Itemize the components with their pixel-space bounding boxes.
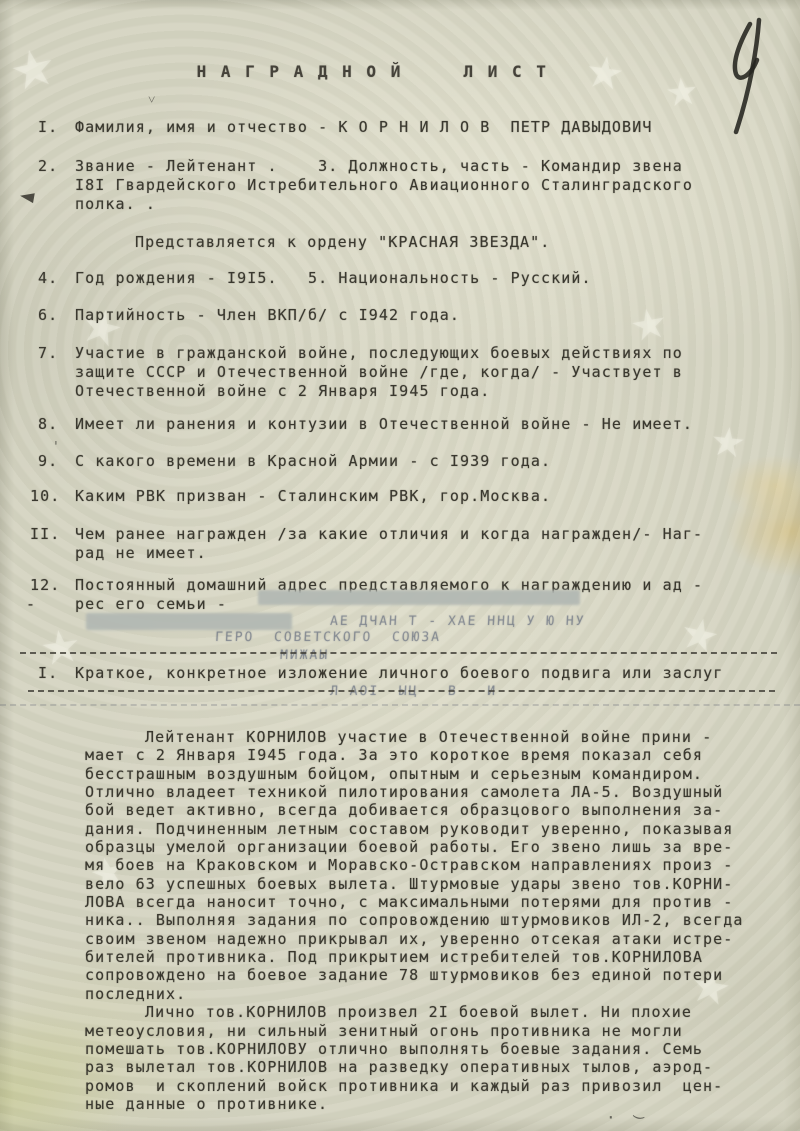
- field-8-line: Имеет ли ранения и контузии в Отечествен…: [75, 415, 693, 434]
- body-line: метеоусловия, ни сильный зенитный огонь …: [85, 1022, 785, 1040]
- field-7-line: Отечественной войне с 2 Января I945 года…: [75, 382, 683, 401]
- redaction-bar: [86, 613, 292, 630]
- body-line: бесстрашным воздушным бойцом, опытным и …: [85, 765, 785, 783]
- field-10-line: Каким РВК призван - Сталинским РВК, гор.…: [75, 487, 551, 506]
- body-line: ника.. Выполняя задания по сопровождению…: [85, 911, 785, 929]
- ink-squiggle-mark: ˅: [148, 92, 155, 108]
- field-2-3-line: Звание - Лейтенант . 3. Должность, часть…: [75, 157, 693, 176]
- document-title: Н А Г Р А Д Н О Й Л И С Т: [0, 62, 745, 81]
- field-8-number: 8.: [38, 415, 58, 434]
- section-1-heading: Краткое, конкретное изложение личного бо…: [75, 664, 723, 683]
- bleedthrough-text: МИЖАЫ: [280, 648, 330, 663]
- ink-dot-mark: ·: [606, 1108, 616, 1127]
- pencil-tick-mark: ': [52, 440, 60, 455]
- body-line: ромов и скоплений войск противника и каж…: [85, 1077, 785, 1095]
- field-12-number: 12.: [30, 576, 60, 595]
- dashed-separator: [20, 652, 777, 654]
- body-line: вело 63 успешных боевых вылета. Штурмовы…: [85, 875, 785, 893]
- field-1-number: I.: [38, 118, 58, 137]
- bleedthrough-text: АЕ ДЧАН Т - ХАЕ ННЦ У Ю НУ: [330, 614, 586, 629]
- award-sheet-scan: ★ ★ ★ ★ ★ ★ ★ ★ ★ ★ Н А Г Р А Д Н О Й Л …: [0, 0, 800, 1131]
- bleedthrough-dashed-line: [0, 704, 800, 706]
- field-4-5-line: Год рождения - I9I5. 5. Национальность -…: [75, 269, 592, 288]
- ink-curve-mark: ): [630, 1112, 646, 1122]
- star-watermark-icon: ★: [675, 606, 724, 664]
- margin-dash-mark: -: [26, 595, 36, 614]
- field-7-line: Участие в гражданской войне, последующих…: [75, 344, 683, 363]
- body-line: Лейтенант КОРНИЛОВ участие в Отечественн…: [85, 728, 785, 746]
- field-2-3-line: полка. .: [75, 195, 693, 214]
- section-1-number: I.: [38, 664, 58, 683]
- body-line: образцы умелой организации боевой работы…: [85, 838, 785, 856]
- body-line: последних.: [85, 985, 785, 1003]
- field-11-number: II.: [30, 525, 60, 544]
- combat-record-text: Лейтенант КОРНИЛОВ участие в Отечественн…: [85, 728, 785, 1113]
- body-line: Лично тов.КОРНИЛОВ произвел 2I боевой вы…: [85, 1003, 785, 1021]
- field-2-3-line: I8I Гвардейского Истребительного Авиацио…: [75, 176, 693, 195]
- field-2-number: 2.: [38, 157, 58, 176]
- field-9-line: С какого времени в Красной Армии - с I93…: [75, 452, 551, 471]
- body-line: помешать тов.КОРНИЛОВУ отлично выполнять…: [85, 1040, 785, 1058]
- field-7-line: защите СССР и Отечественной войне /где, …: [75, 363, 683, 382]
- star-watermark-icon: ★: [708, 418, 748, 467]
- body-line: раз вылетал тов.КОРНИЛОВ на разведку опе…: [85, 1058, 785, 1076]
- margin-arrow-mark: [19, 191, 35, 203]
- body-line: мя боев на Краковском и Моравско-Остравс…: [85, 856, 785, 874]
- body-line: ЛОВА всегда наносит точно, с максимальны…: [85, 893, 785, 911]
- field-4-number: 4.: [38, 269, 58, 288]
- body-line: ные данные о противнике.: [85, 1095, 785, 1113]
- bleedthrough-text: ГЕРО СОВЕТСКОГО СОЮЗА: [215, 630, 442, 645]
- field-11-line: Чем ранее награжден /за какие отличия и …: [75, 525, 703, 544]
- presented-for-order-line: Представляется к ордену "КРАСНАЯ ЗВЕЗДА"…: [135, 233, 550, 252]
- field-1-name-value: Фамилия, имя и отчество - К О Р Н И Л О …: [75, 118, 652, 137]
- body-line: бой ведет активно, всегда добивается обр…: [85, 801, 785, 819]
- body-line: бителей противника. Под прикрытием истре…: [85, 948, 785, 966]
- field-10-number: 10.: [30, 487, 60, 506]
- field-6-line: Партийность - Член ВКП/б/ с I942 года.: [75, 306, 460, 325]
- dashed-separator: [28, 690, 775, 692]
- body-line: дания. Подчиненным летным составом руков…: [85, 820, 785, 838]
- body-line: Отлично владеет техникой пилотирования с…: [85, 783, 785, 801]
- body-line: своим звеном надежно прикрывал их, увере…: [85, 930, 785, 948]
- field-11-line: рад не имеет.: [75, 544, 703, 563]
- body-line: сопровождено на боевое задание 78 штурмо…: [85, 966, 785, 984]
- field-6-number: 6.: [38, 306, 58, 325]
- redaction-bar: [258, 590, 580, 605]
- field-7-number: 7.: [38, 344, 58, 363]
- body-line: мает с 2 Января I945 года. За это коротк…: [85, 746, 785, 764]
